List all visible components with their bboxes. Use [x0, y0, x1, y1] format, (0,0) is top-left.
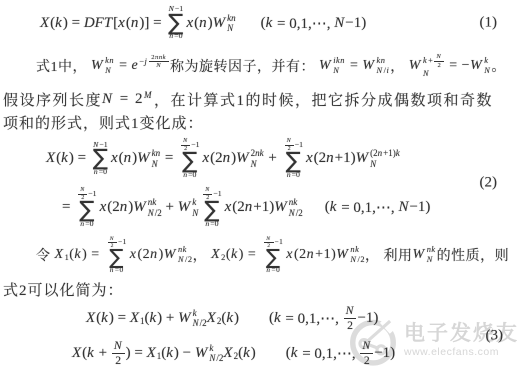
math-token: 1	[157, 351, 162, 361]
math-token: N−1∑n=0	[93, 141, 108, 177]
math-token: = −	[445, 58, 470, 74]
math-token: n=0	[183, 171, 196, 180]
math-token: (2	[232, 199, 245, 216]
math-token: N	[264, 236, 273, 243]
math-token: =0	[174, 32, 182, 41]
math-token: 假设序列长度N = 2M，在计算式1的时候，把它拆分成偶数项和奇数	[3, 89, 493, 110]
math-token: ∑	[93, 149, 108, 167]
math-token: 令 X1(k) = N2−1∑n=0x(2n)WnkN/2， X2(k) = N…	[36, 236, 509, 275]
math-token: ikn	[333, 56, 346, 65]
math-token: n=0	[266, 266, 280, 274]
math-token: W	[356, 150, 370, 167]
math-token: N	[362, 339, 371, 352]
paragraph-line-twiddle-factor: 式1中， WknN = e−j2πnkN称为旋转因子，并有： WiknN = W…	[0, 44, 521, 88]
math-token: n=0	[80, 220, 93, 229]
math-token: −j2πnkN	[139, 54, 170, 70]
math-token: +	[162, 199, 178, 216]
math-token: =	[346, 58, 362, 74]
math-token: k	[149, 310, 157, 327]
math-token: k+N2N	[423, 53, 445, 78]
math-token: W	[413, 247, 426, 263]
math-token: 1	[140, 316, 145, 326]
math-token: N	[333, 66, 340, 75]
math-token: n	[124, 150, 133, 167]
math-token: WkN	[178, 197, 200, 218]
math-token: N	[251, 159, 258, 169]
math-token: WkN/2	[195, 343, 224, 364]
math-token: kn	[152, 148, 162, 158]
math-token: ∑	[266, 249, 281, 266]
math-token: n	[326, 150, 335, 167]
math-token: N	[205, 187, 210, 194]
math-token: N	[434, 53, 444, 61]
math-token: nk	[148, 197, 158, 207]
math-token: 2	[364, 354, 370, 367]
math-token: −1)	[374, 345, 395, 362]
math-token: nk	[427, 245, 437, 255]
math-token: e−j2πnkN	[131, 58, 170, 74]
math-token: n=0	[287, 171, 300, 180]
math-token: iknN	[333, 56, 346, 75]
math-token: N	[334, 15, 345, 32]
math-token: ) =	[126, 345, 147, 362]
math-token: WknN	[137, 148, 161, 169]
math-token: N/i	[377, 66, 391, 76]
math-token: WnkN/2	[133, 197, 162, 218]
math-token: W(2n+1)kN	[356, 148, 401, 169]
math-token: N	[370, 159, 377, 169]
math-token: N	[377, 66, 384, 76]
math-token: n=0	[94, 168, 107, 177]
math-token: kN/2	[193, 308, 207, 329]
math-token: 2	[221, 253, 226, 262]
math-token: /2	[296, 208, 303, 218]
math-token: W	[274, 199, 288, 216]
math-token: W	[164, 247, 177, 263]
math-token: N	[251, 159, 258, 169]
math-token: nk	[255, 148, 265, 158]
math-token: N	[289, 208, 296, 218]
math-token: N	[192, 208, 199, 218]
math-token: N	[105, 66, 112, 76]
math-token: k	[192, 197, 197, 207]
math-token: +1)	[335, 150, 356, 167]
math-token: +1)	[253, 199, 274, 216]
math-token: 令	[36, 245, 55, 265]
math-token: N	[193, 318, 200, 328]
math-token: X(k) = DFT[x(n)] = N−1∑n=0x(n)WknN(k = 0…	[40, 5, 366, 41]
formula-eq1-line1: X(k) = DFT[x(n)] = N−1∑n=0x(n)WknN(k = 0…	[0, 2, 521, 44]
math-token: ) =	[239, 247, 261, 263]
equation-block-1: X(k) = DFT[x(n)] = N−1∑n=0x(n)WknN(k = 0…	[0, 2, 521, 44]
math-token: 2	[135, 91, 144, 108]
math-token: W	[470, 58, 483, 74]
math-token: WkN	[470, 56, 491, 75]
math-token: 项和的形式，则式1变化成：	[3, 112, 204, 133]
math-token: 1	[65, 253, 70, 262]
math-token: (2	[137, 247, 150, 263]
math-token: =	[161, 150, 177, 167]
math-token: N	[178, 255, 185, 265]
math-token: X(k) = N−1∑n=0x(n)WknN = N2−1∑n=0x(2n)W2…	[46, 138, 401, 180]
formula-eq3-line1: X(k) = X1(k) + WkN/2X2(k)(k = 0,1,⋯, N2−…	[0, 301, 521, 336]
formula-eq2-line1: X(k) = N−1∑n=0x(n)WknN = N2−1∑n=0x(2n)W2…	[0, 134, 521, 183]
math-token: W	[91, 58, 104, 74]
math-token: 2	[234, 351, 239, 361]
math-token: =0	[85, 220, 93, 229]
math-token: N/2	[148, 208, 162, 218]
math-token: n=0	[169, 32, 182, 41]
math-token: X(k) = X1(k) + WkN/2X2(k)(k = 0,1,⋯, N2−…	[86, 304, 378, 331]
math-token: k	[87, 345, 95, 362]
math-token: ∑	[79, 201, 94, 219]
math-token: W	[236, 150, 250, 167]
math-token: 2nkN	[251, 148, 265, 169]
math-token: N	[346, 304, 355, 317]
math-token: n=0	[110, 266, 124, 274]
math-token: N	[110, 236, 115, 242]
math-token: WnkN	[413, 245, 437, 264]
math-token: ) =	[69, 150, 90, 167]
math-token: N/2	[193, 318, 207, 328]
math-token: x	[306, 150, 314, 167]
math-token: N2−1∑n=0	[180, 138, 199, 180]
math-token: N	[78, 187, 87, 195]
math-token: ，在计算式1的时候，把它拆分成偶数项和奇数	[154, 89, 493, 110]
math-token: j	[144, 57, 148, 66]
math-token: N/2	[209, 353, 223, 363]
math-token: n=0	[205, 220, 218, 229]
math-token: X	[211, 247, 221, 263]
math-token: N	[152, 159, 159, 169]
math-token: N2	[434, 53, 444, 69]
math-token: n	[199, 15, 208, 32]
math-token: )	[251, 345, 256, 362]
math-token: ) +	[157, 310, 178, 327]
math-token: n=0	[80, 220, 93, 229]
math-token: 2πnkN	[149, 54, 169, 70]
math-token: k	[484, 56, 489, 65]
math-token: =0	[99, 168, 107, 177]
math-token: (2n+1)kN	[370, 148, 401, 169]
math-token: 2	[435, 62, 443, 69]
math-token: N	[423, 69, 430, 79]
math-token: ∑	[286, 152, 301, 170]
paragraph-line-split-form: 项和的形式，则式1变化成：	[0, 111, 521, 134]
math-token: N−1∑n=0	[168, 5, 183, 41]
math-token: (2	[294, 247, 307, 263]
math-token: N	[360, 339, 373, 353]
math-token: =0	[271, 266, 280, 274]
math-token: N/2	[350, 255, 365, 265]
math-token: N2	[360, 339, 373, 366]
math-token: N	[333, 66, 340, 76]
math-token: k	[266, 15, 274, 32]
math-token: 式2可以化简为：	[3, 279, 124, 300]
math-token: /2	[358, 255, 366, 265]
math-token: =	[115, 91, 135, 108]
math-token: k	[484, 56, 489, 66]
math-token: 2	[115, 354, 121, 367]
math-token: ∑	[182, 152, 197, 170]
paragraph-line-define-x1-x2: 令 X1(k) = N2−1∑n=0x(2n)WnkN/2， X2(k) = N…	[0, 232, 521, 278]
math-token: −j2πnkN	[139, 54, 170, 70]
math-token: kn	[152, 148, 162, 158]
math-token: n	[120, 199, 129, 216]
math-token: nk	[178, 245, 188, 254]
math-token: =0	[188, 171, 196, 180]
math-token: 2π	[151, 54, 159, 61]
math-token: k+N2	[423, 53, 445, 69]
math-token: nk	[350, 245, 360, 254]
math-token: kn	[377, 56, 387, 66]
math-token: W	[409, 58, 422, 74]
math-token: = 0,1,⋯,	[273, 14, 334, 33]
math-token: nk	[148, 197, 158, 207]
math-token: k	[166, 345, 174, 362]
math-token: = 0,1,⋯,	[298, 344, 359, 363]
math-token: W	[178, 310, 192, 327]
math-token: ) −	[174, 345, 195, 362]
math-token: (2n+1)k	[370, 148, 401, 158]
math-token: Wk+N2N	[409, 53, 446, 78]
math-token: nkN/2	[289, 197, 303, 218]
math-token: X	[40, 15, 50, 32]
math-token: ikn	[333, 56, 346, 66]
math-token: 项和的形式，则式1变化成：	[3, 112, 204, 133]
math-token: kn	[105, 56, 115, 65]
math-token: 1	[140, 316, 145, 326]
math-token: W2nkN	[236, 148, 265, 169]
math-token: ) =	[82, 247, 104, 263]
math-token: n=0	[266, 266, 280, 274]
math-token: X	[147, 345, 157, 362]
math-token: knN	[105, 56, 115, 75]
math-token: N	[154, 62, 164, 69]
math-token: N	[192, 208, 199, 218]
math-token: N	[148, 208, 155, 218]
math-token: knN/i	[377, 56, 391, 75]
math-token: n	[223, 150, 232, 167]
math-token: N	[112, 339, 125, 353]
math-token: WnkN/2	[274, 197, 303, 218]
math-token: W	[137, 150, 151, 167]
math-token: N	[114, 339, 123, 352]
math-token: N	[370, 159, 377, 169]
math-token: N/2	[289, 208, 303, 218]
math-token: kn	[227, 13, 237, 23]
math-token: k+N2	[423, 53, 445, 69]
math-token: −1)	[357, 310, 378, 327]
math-token: k	[101, 310, 109, 327]
math-token: +	[428, 56, 433, 66]
math-token: 2	[347, 319, 353, 332]
math-token: 的性质，则	[437, 245, 510, 265]
math-token: x	[286, 247, 294, 263]
math-token: N/2	[209, 353, 223, 363]
math-token: )	[234, 310, 239, 327]
math-token: (2	[314, 150, 327, 167]
math-token: N	[105, 66, 112, 75]
math-token: W	[133, 199, 147, 216]
article-content: X(k) = DFT[x(n)] = N−1∑n=0x(n)WknN(k = 0…	[0, 0, 521, 371]
math-token: WiknN	[319, 56, 346, 75]
math-token: 2	[234, 351, 239, 361]
math-token: 2nk	[251, 148, 265, 158]
math-token: k	[74, 247, 82, 263]
math-token: W	[336, 247, 349, 263]
paragraph-line-simplify: 式2可以化简为：	[0, 278, 521, 300]
math-token: N2	[112, 339, 125, 366]
math-token: ) =	[109, 310, 130, 327]
math-token: N	[203, 187, 212, 195]
math-token: kN	[192, 197, 199, 218]
math-token: DFT	[84, 15, 113, 32]
math-token: N	[152, 159, 159, 169]
math-token: N	[227, 23, 234, 33]
math-token: +1)	[383, 148, 396, 158]
math-token: (2	[107, 199, 120, 216]
math-token: k	[193, 308, 198, 318]
math-token: n=0	[205, 220, 218, 229]
math-token: 2πnk	[149, 54, 169, 62]
math-token: N	[427, 255, 434, 264]
math-token: N	[266, 236, 271, 242]
math-token: kn	[377, 56, 387, 65]
math-token: N	[181, 138, 190, 146]
math-token: /2	[155, 208, 162, 218]
math-token: 2πnk	[151, 54, 167, 61]
math-token: WknN/i	[362, 56, 390, 75]
math-token: N2−1∑n=0	[202, 187, 221, 229]
math-token: X2	[211, 247, 226, 263]
math-token: 式1中， WknN = e−j2πnkN称为旋转因子，并有： WiknN = W…	[36, 53, 506, 78]
math-token: N	[427, 255, 434, 265]
math-token: N	[227, 23, 234, 33]
math-token: =	[115, 58, 131, 74]
math-token: 2	[362, 354, 372, 367]
paragraph-line-sequence-length: 假设序列长度N = 2M，在计算式1的时候，把它拆分成偶数项和奇数	[0, 88, 521, 111]
math-token: W	[213, 15, 227, 32]
math-token: N/2	[289, 208, 303, 218]
math-token: kn	[227, 13, 237, 23]
math-token: = 0,1,⋯,	[282, 309, 343, 328]
math-token: k	[274, 310, 282, 327]
math-token: X	[86, 310, 96, 327]
math-token: W	[178, 199, 192, 216]
math-token: )] =	[139, 15, 165, 32]
math-token: kN/2	[209, 343, 223, 364]
equation-number-2: (2)	[480, 175, 498, 192]
math-token: N	[436, 53, 442, 60]
math-token: N	[285, 138, 294, 146]
math-token: 1	[65, 253, 70, 262]
math-token: N2−1∑n=0	[107, 236, 127, 275]
math-token: (2	[210, 150, 223, 167]
math-token: 2	[113, 354, 123, 367]
math-token: ∑	[168, 14, 183, 32]
math-token: x	[202, 150, 210, 167]
math-token: =	[62, 199, 74, 216]
math-token: = N2−1∑n=0x(2n)WnkN/2 + WkNN2−1∑n=0x(2n+…	[62, 187, 430, 229]
math-token: ∑	[204, 201, 219, 219]
math-token: kn	[105, 56, 115, 66]
math-token: ，	[193, 245, 212, 265]
equation-number-1: (1)	[480, 15, 498, 32]
math-token: WnkN/2	[336, 245, 365, 264]
math-token: nkN/2	[178, 245, 193, 264]
math-token: N	[183, 138, 188, 145]
math-token: n=0	[183, 171, 196, 180]
math-token: WknN	[213, 13, 237, 34]
math-token: /2	[200, 318, 207, 328]
math-token: k	[330, 199, 338, 216]
math-token: N/2	[178, 255, 193, 265]
math-token: 假设序列长度	[3, 89, 102, 110]
math-token: n=0	[169, 32, 182, 41]
math-token: ，	[390, 56, 409, 76]
math-token: nk	[159, 54, 167, 61]
math-token: X	[72, 345, 82, 362]
math-token: N/2	[193, 318, 207, 328]
math-token: 2nk	[251, 148, 265, 158]
math-token: 2M	[135, 91, 154, 108]
math-token: x	[186, 15, 194, 32]
math-token: N	[423, 69, 430, 78]
math-token: n=0	[94, 168, 107, 177]
math-token: =0	[115, 266, 124, 274]
math-token: ) =	[63, 15, 84, 32]
math-token: 式2可以化简为：	[3, 279, 124, 300]
equation-block-3: X(k) = X1(k) + WkN/2X2(k)(k = 0,1,⋯, N2−…	[0, 300, 521, 371]
math-token: /2	[185, 255, 193, 265]
math-token: N/2	[178, 255, 193, 265]
math-token: W	[319, 58, 332, 74]
math-token: W	[195, 345, 209, 362]
math-token: N	[156, 62, 162, 69]
math-token: x	[118, 15, 126, 32]
math-token: n=0	[287, 171, 300, 180]
math-token: X(k + N2) = X1(k) − WkN/2X2(k)(k = 0,1,⋯…	[72, 339, 395, 366]
math-token: n=0	[110, 266, 124, 274]
math-token: WnkN/2	[164, 245, 193, 264]
math-token: N	[287, 138, 292, 145]
math-token: 2	[345, 319, 355, 332]
math-token: 2	[217, 316, 222, 326]
math-token: nkN	[427, 245, 437, 264]
math-token: N	[108, 236, 117, 243]
math-token: WkN/2	[178, 308, 207, 329]
math-token: (2	[370, 148, 378, 158]
math-token: M	[144, 90, 154, 100]
math-token: k	[61, 150, 69, 167]
math-token: 式1中，	[36, 56, 91, 76]
math-token: −1)	[409, 199, 430, 216]
math-token: 2	[437, 62, 441, 69]
math-token: X1	[130, 310, 145, 327]
math-token: n	[307, 247, 316, 263]
math-token: nkN/2	[350, 245, 365, 264]
math-token: knN	[227, 13, 237, 34]
math-token: W	[362, 58, 375, 74]
math-token: nk	[427, 245, 437, 254]
math-token: X2	[223, 345, 238, 362]
math-token: n	[150, 247, 159, 263]
math-token: =0	[292, 171, 300, 180]
math-token: nk	[350, 245, 360, 255]
math-token: N/2	[148, 208, 162, 218]
math-token: X	[46, 150, 56, 167]
